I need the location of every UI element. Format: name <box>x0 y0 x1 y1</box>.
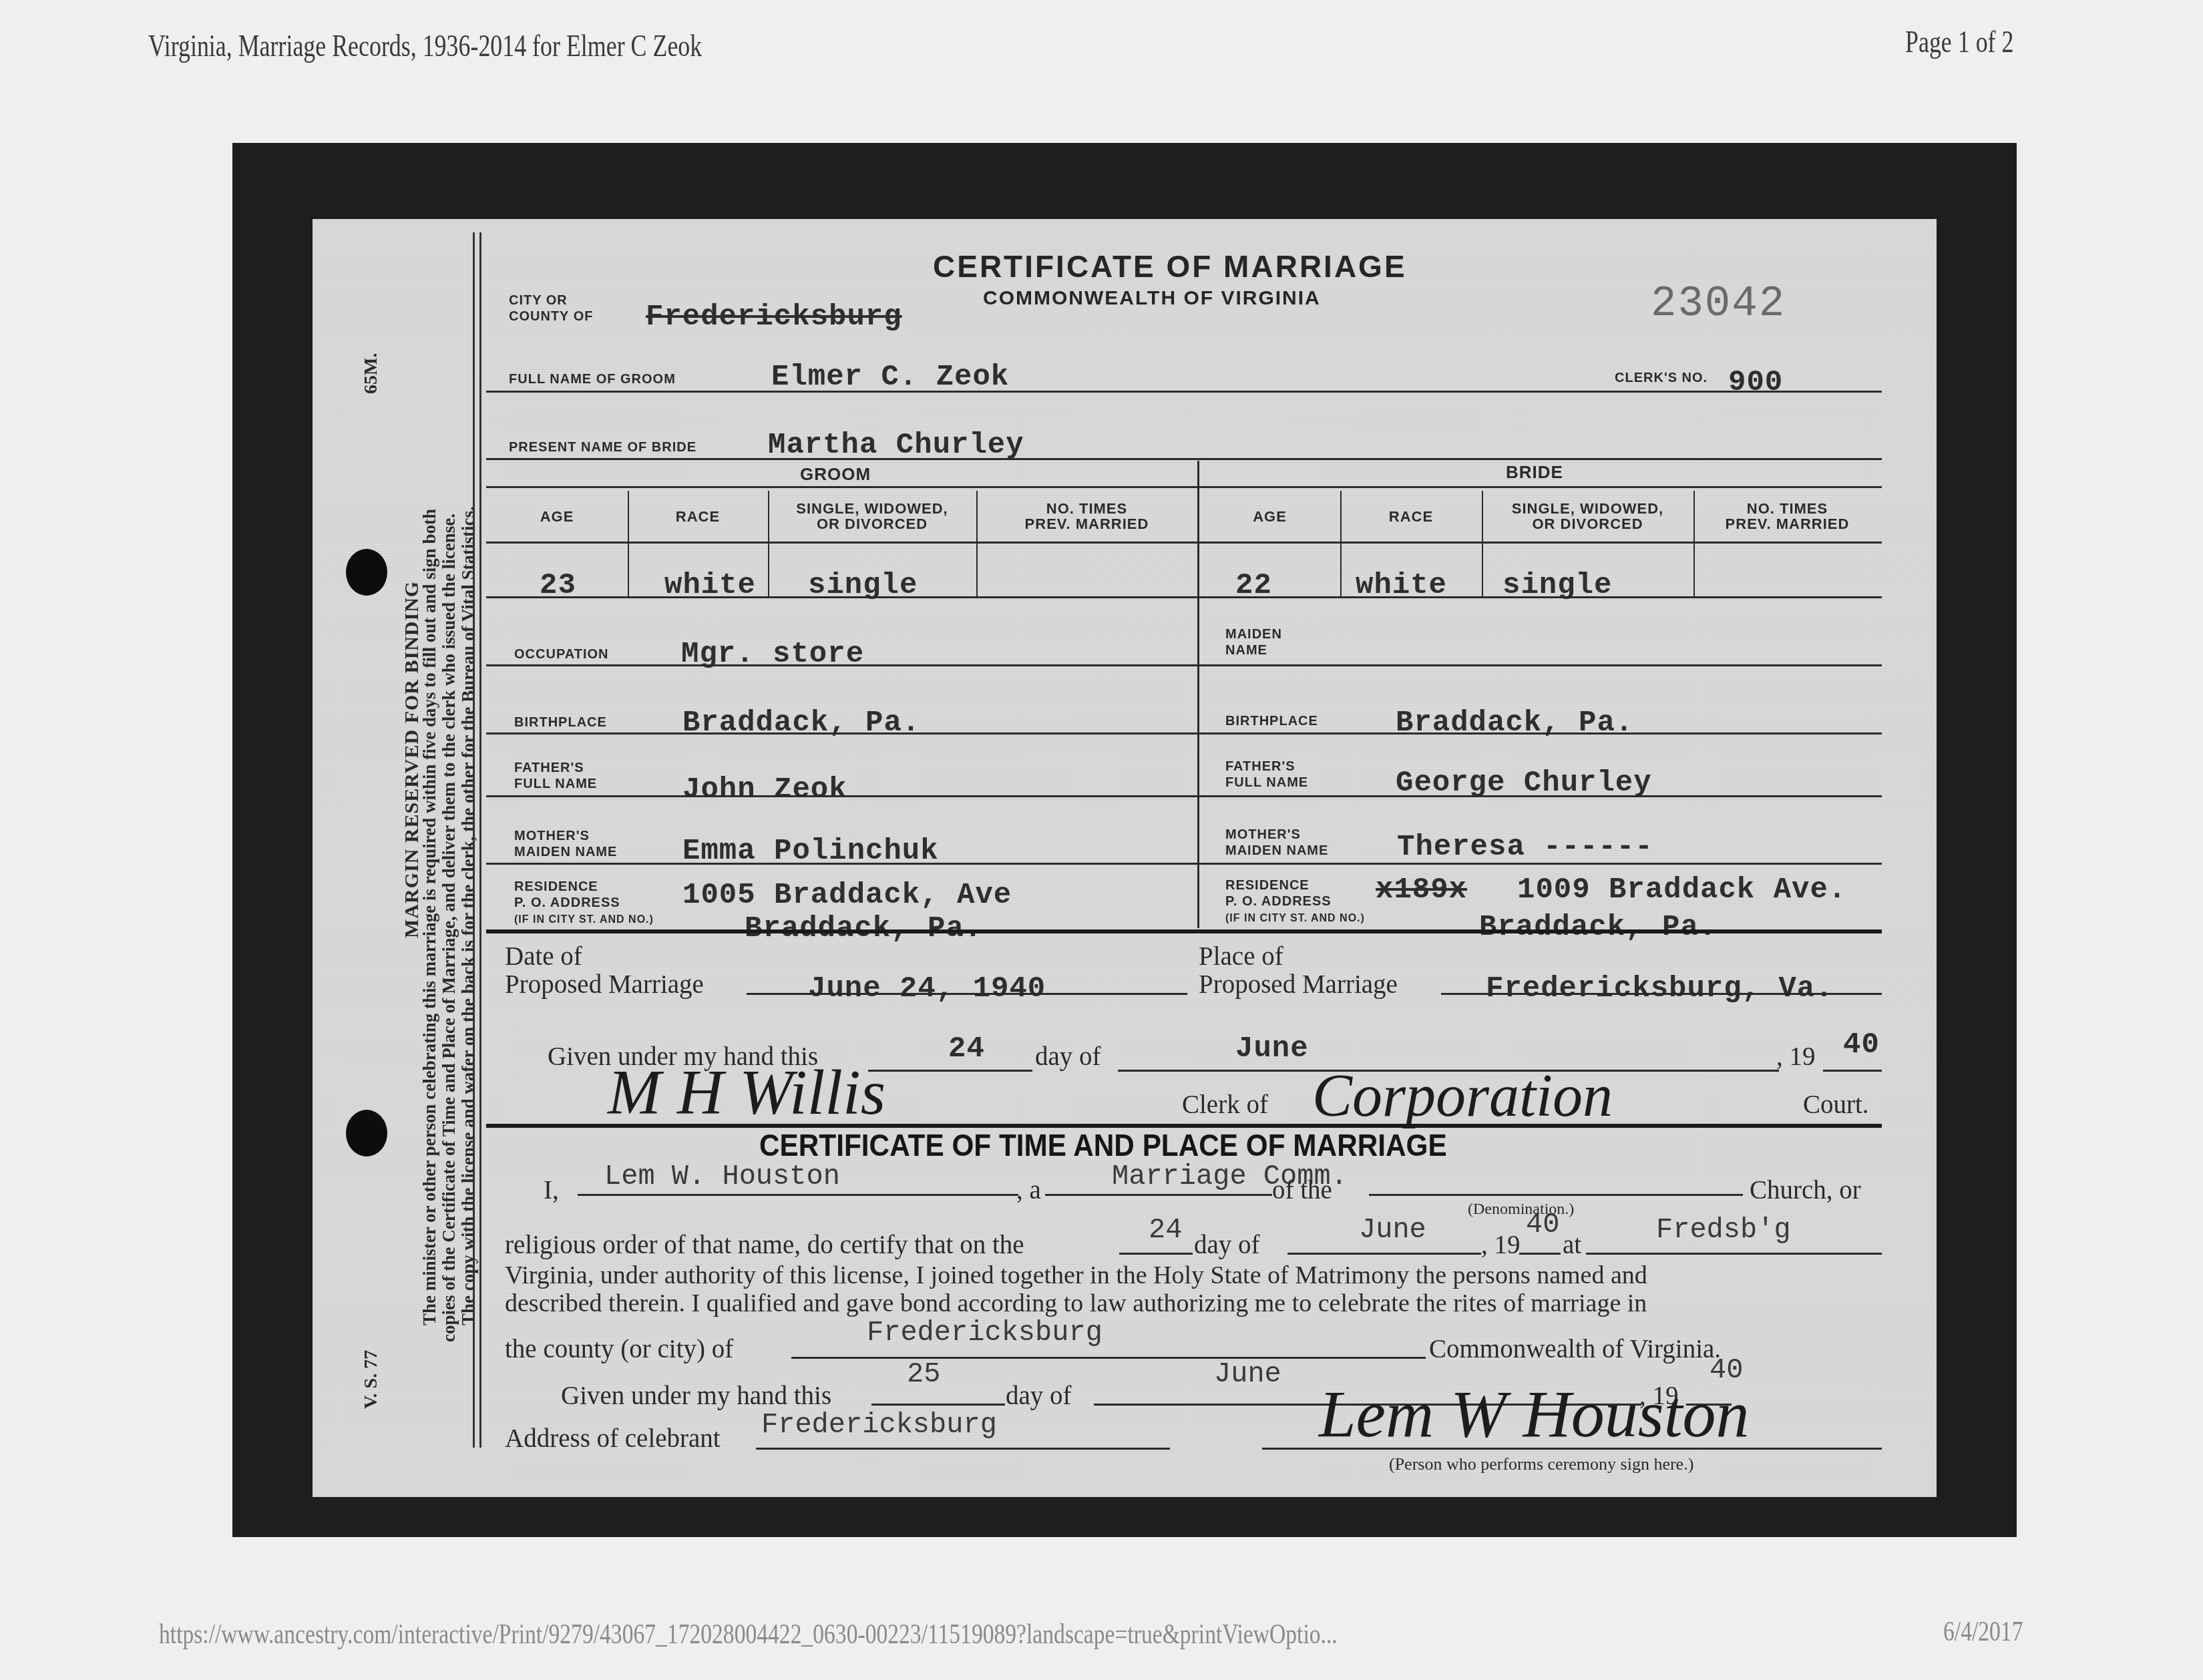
groom-residence-line2: Braddack, Pa. <box>745 912 982 946</box>
ceremony-line4: described therein. I qualified and gave … <box>505 1289 1647 1318</box>
license-year-prefix: , 19 <box>1776 1042 1816 1072</box>
groom-col-age: Age <box>486 509 628 524</box>
bride-mother-line <box>1199 863 1882 865</box>
ceremony-given-day-line <box>871 1404 1005 1406</box>
bride-name-line <box>486 458 1882 460</box>
ceremony-i-label: I, <box>544 1175 559 1205</box>
bride-mother-label-1: Mother's <box>1225 828 1301 842</box>
heading-line <box>486 486 1882 488</box>
ceremony-day: 24 <box>1149 1214 1182 1246</box>
groom-name-line <box>486 391 1882 393</box>
margin-instruction-1: The minister or other person celebrating… <box>419 509 440 1325</box>
signature-caption: (Person who performs ceremony sign here.… <box>1389 1454 1693 1474</box>
bride-residence-line2: Braddack, Pa. <box>1479 911 1717 944</box>
ceremony-year-prefix: , 19 <box>1481 1230 1521 1260</box>
groom-residence-label-2: P. O. Address <box>514 896 620 910</box>
city-label-2: County of <box>509 310 593 324</box>
officiant-title-line <box>1045 1194 1272 1196</box>
binding-hole-bottom <box>346 1110 387 1157</box>
bride-birthplace-line <box>1199 732 1882 734</box>
celebrant-address-value: Fredericksburg <box>761 1409 997 1441</box>
print-footer-url: https://www.ancestry.com/interactive/Pri… <box>159 1619 1338 1651</box>
ceremony-line2-prefix: religious order of that name, do certify… <box>505 1230 1024 1260</box>
celebrant-address-line <box>756 1448 1170 1450</box>
court-signature: Corporation <box>1312 1062 1613 1130</box>
ceremony-a-label: , a <box>1016 1175 1041 1205</box>
groom-birthplace-value: Braddack, Pa. <box>682 706 920 740</box>
celebrant-address-label: Address of celebrant <box>505 1424 721 1454</box>
groom-father-line <box>486 795 1197 797</box>
groom-name-label: Full Name of Groom <box>509 373 676 387</box>
ceremony-place: Fredsb'g <box>1656 1214 1791 1246</box>
proposed-date-label-2: Proposed Marriage <box>505 970 704 1000</box>
ceremony-heading: CERTIFICATE OF TIME AND PLACE OF MARRIAG… <box>759 1127 1447 1163</box>
bride-mother-label-2: Maiden Name <box>1225 844 1328 858</box>
proposed-date-label-1: Date of <box>505 941 582 972</box>
license-day-line <box>868 1070 1032 1072</box>
margin-rule-2 <box>479 232 481 1448</box>
groom-residence-label-1: Residence <box>514 880 598 894</box>
groom-father-label-1: Father's <box>514 761 584 775</box>
bride-residence-struck: x189x <box>1376 873 1467 907</box>
margin-rule-1 <box>473 232 475 1448</box>
bride-father-label-2: Full Name <box>1225 776 1308 790</box>
officiant-line <box>578 1194 1018 1196</box>
license-year-line <box>1823 1070 1882 1072</box>
bride-maiden-label-2: Name <box>1225 644 1267 658</box>
groom-residence-line1: 1005 Braddack, Ave <box>682 879 1012 912</box>
bride-col-status: Single, Widowed,or Divorced <box>1482 501 1693 532</box>
print-footer-date: 6/4/2017 <box>1943 1616 2023 1648</box>
groom-name-value: Elmer C. Zeok <box>771 361 1009 394</box>
groom-mother-label-2: Maiden Name <box>514 845 617 859</box>
court-label: Court. <box>1803 1090 1869 1120</box>
bride-residence-label-1: Residence <box>1225 879 1310 893</box>
groom-heading: GROOM <box>800 465 871 483</box>
proposed-date-value: June 24, 1940 <box>808 972 1046 1006</box>
officiant-signature: Lem W Houston <box>1319 1376 1749 1452</box>
church-label: Church, or <box>1750 1175 1861 1205</box>
groom-col-times: No. TimesPrev. Married <box>976 501 1197 532</box>
bride-father-label-1: Father's <box>1225 760 1295 774</box>
bride-maiden-line <box>1199 664 1882 666</box>
groom-residence-label-3: (If in city St. and No.) <box>514 915 654 926</box>
ceremony-at-label: at <box>1563 1230 1581 1260</box>
page-indicator: Page 1 of 2 <box>1905 24 2013 59</box>
clerk-no-label: Clerk's No. <box>1615 371 1708 385</box>
groom-col-race: Race <box>628 509 768 524</box>
ceremony-line3: Virginia, under authority of this licens… <box>505 1261 1647 1290</box>
groom-mother-label-1: Mother's <box>514 829 590 843</box>
ceremony-day-of-label: day of <box>1194 1230 1260 1260</box>
bride-mother-value: Theresa ------ <box>1397 831 1653 864</box>
certificate-subtitle: Commonwealth of Virginia <box>983 287 1321 310</box>
license-day: 24 <box>948 1032 985 1066</box>
occupation-label: Occupation <box>514 648 608 662</box>
groom-col-divider-1 <box>628 491 629 598</box>
license-month: June <box>1235 1032 1309 1066</box>
bride-name-label: Present Name of Bride <box>509 441 696 455</box>
officiant-name: Lem W. Houston <box>604 1161 840 1193</box>
print-title: Virginia, Marriage Records, 1936-2014 fo… <box>148 28 702 63</box>
bride-maiden-label-1: Maiden <box>1225 628 1282 642</box>
certificate-title: Certificate of Marriage <box>933 248 1407 284</box>
center-divider <box>1197 461 1199 928</box>
city-label-1: City or <box>509 294 568 308</box>
certificate-number: 23042 <box>1651 280 1786 329</box>
binding-hole-top <box>346 549 387 596</box>
denomination-line <box>1369 1194 1743 1196</box>
of-the-label: of the <box>1272 1175 1332 1205</box>
license-year-suffix: 40 <box>1843 1028 1880 1062</box>
margin-instruction-2: copies of the Certificate of Time and Pl… <box>439 513 459 1342</box>
ceremony-year-line <box>1519 1253 1561 1255</box>
column-header-line <box>486 542 1882 544</box>
proposed-place-value: Fredericksburg, Va. <box>1486 972 1834 1006</box>
groom-father-label-2: Full Name <box>514 777 597 791</box>
county-value: Fredericksburg <box>867 1317 1103 1349</box>
proposed-place-line <box>1441 993 1882 995</box>
ceremony-month: June <box>1359 1214 1426 1246</box>
bride-col-race: Race <box>1340 509 1482 524</box>
bride-col-times: No. TimesPrev. Married <box>1693 501 1881 532</box>
groom-mother-line <box>486 863 1197 865</box>
data-row-line <box>486 596 1882 598</box>
county-line <box>791 1357 1426 1359</box>
bride-birthplace-label: Birthplace <box>1225 714 1318 728</box>
ceremony-given-day-of-label: day of <box>1006 1381 1072 1411</box>
bride-residence-label-3: (If in city St. and No.) <box>1225 913 1365 925</box>
bride-col-age: Age <box>1199 509 1340 524</box>
bride-col-divider-1 <box>1340 491 1342 598</box>
ceremony-day-line <box>1119 1253 1193 1255</box>
margin-instruction-3: The copy with the license and wafer on t… <box>458 506 479 1325</box>
ceremony-given-month: June <box>1214 1358 1281 1390</box>
occupation-line <box>486 664 1197 666</box>
bride-residence-label-2: P. O. Address <box>1225 895 1332 909</box>
proposed-place-label-2: Proposed Marriage <box>1199 970 1398 1000</box>
ceremony-month-line <box>1287 1253 1481 1255</box>
ceremony-year-suffix: 40 <box>1526 1209 1559 1241</box>
clerk-of-label: Clerk of <box>1182 1090 1268 1120</box>
clerk-no-value: 900 <box>1728 366 1783 399</box>
bride-father-line <box>1199 795 1882 797</box>
form-code-top: 65M. <box>361 353 382 394</box>
proposed-date-line <box>747 993 1187 995</box>
bride-birthplace-value: Braddack, Pa. <box>1396 706 1633 740</box>
clerk-signature: M H Willis <box>608 1055 885 1129</box>
city-value: Fredericksburg <box>646 300 902 334</box>
license-day-of-label: day of <box>1035 1042 1101 1072</box>
groom-birthplace-line <box>486 732 1197 734</box>
groom-col-status: Single, Widowed,or Divorced <box>768 501 976 532</box>
ceremony-given-day: 25 <box>907 1358 940 1390</box>
ceremony-place-line <box>1586 1253 1882 1255</box>
signature-line <box>1262 1448 1882 1450</box>
form-code-bottom: V. S. 77 <box>361 1350 382 1409</box>
groom-father-value: John Zeok <box>682 773 847 807</box>
commonwealth-label: Commonwealth of Virginia. <box>1429 1334 1721 1364</box>
bride-heading: BRIDE <box>1506 463 1563 481</box>
residence-line <box>486 929 1882 933</box>
bride-name-value: Martha Churley <box>768 429 1024 462</box>
bride-residence-line1: 1009 Braddack Ave. <box>1517 873 1846 907</box>
proposed-place-label-1: Place of <box>1199 941 1283 972</box>
groom-birthplace-label: Birthplace <box>514 716 607 730</box>
ceremony-given-label: Given under my hand this <box>561 1381 831 1411</box>
county-label: the county (or city) of <box>505 1334 733 1364</box>
